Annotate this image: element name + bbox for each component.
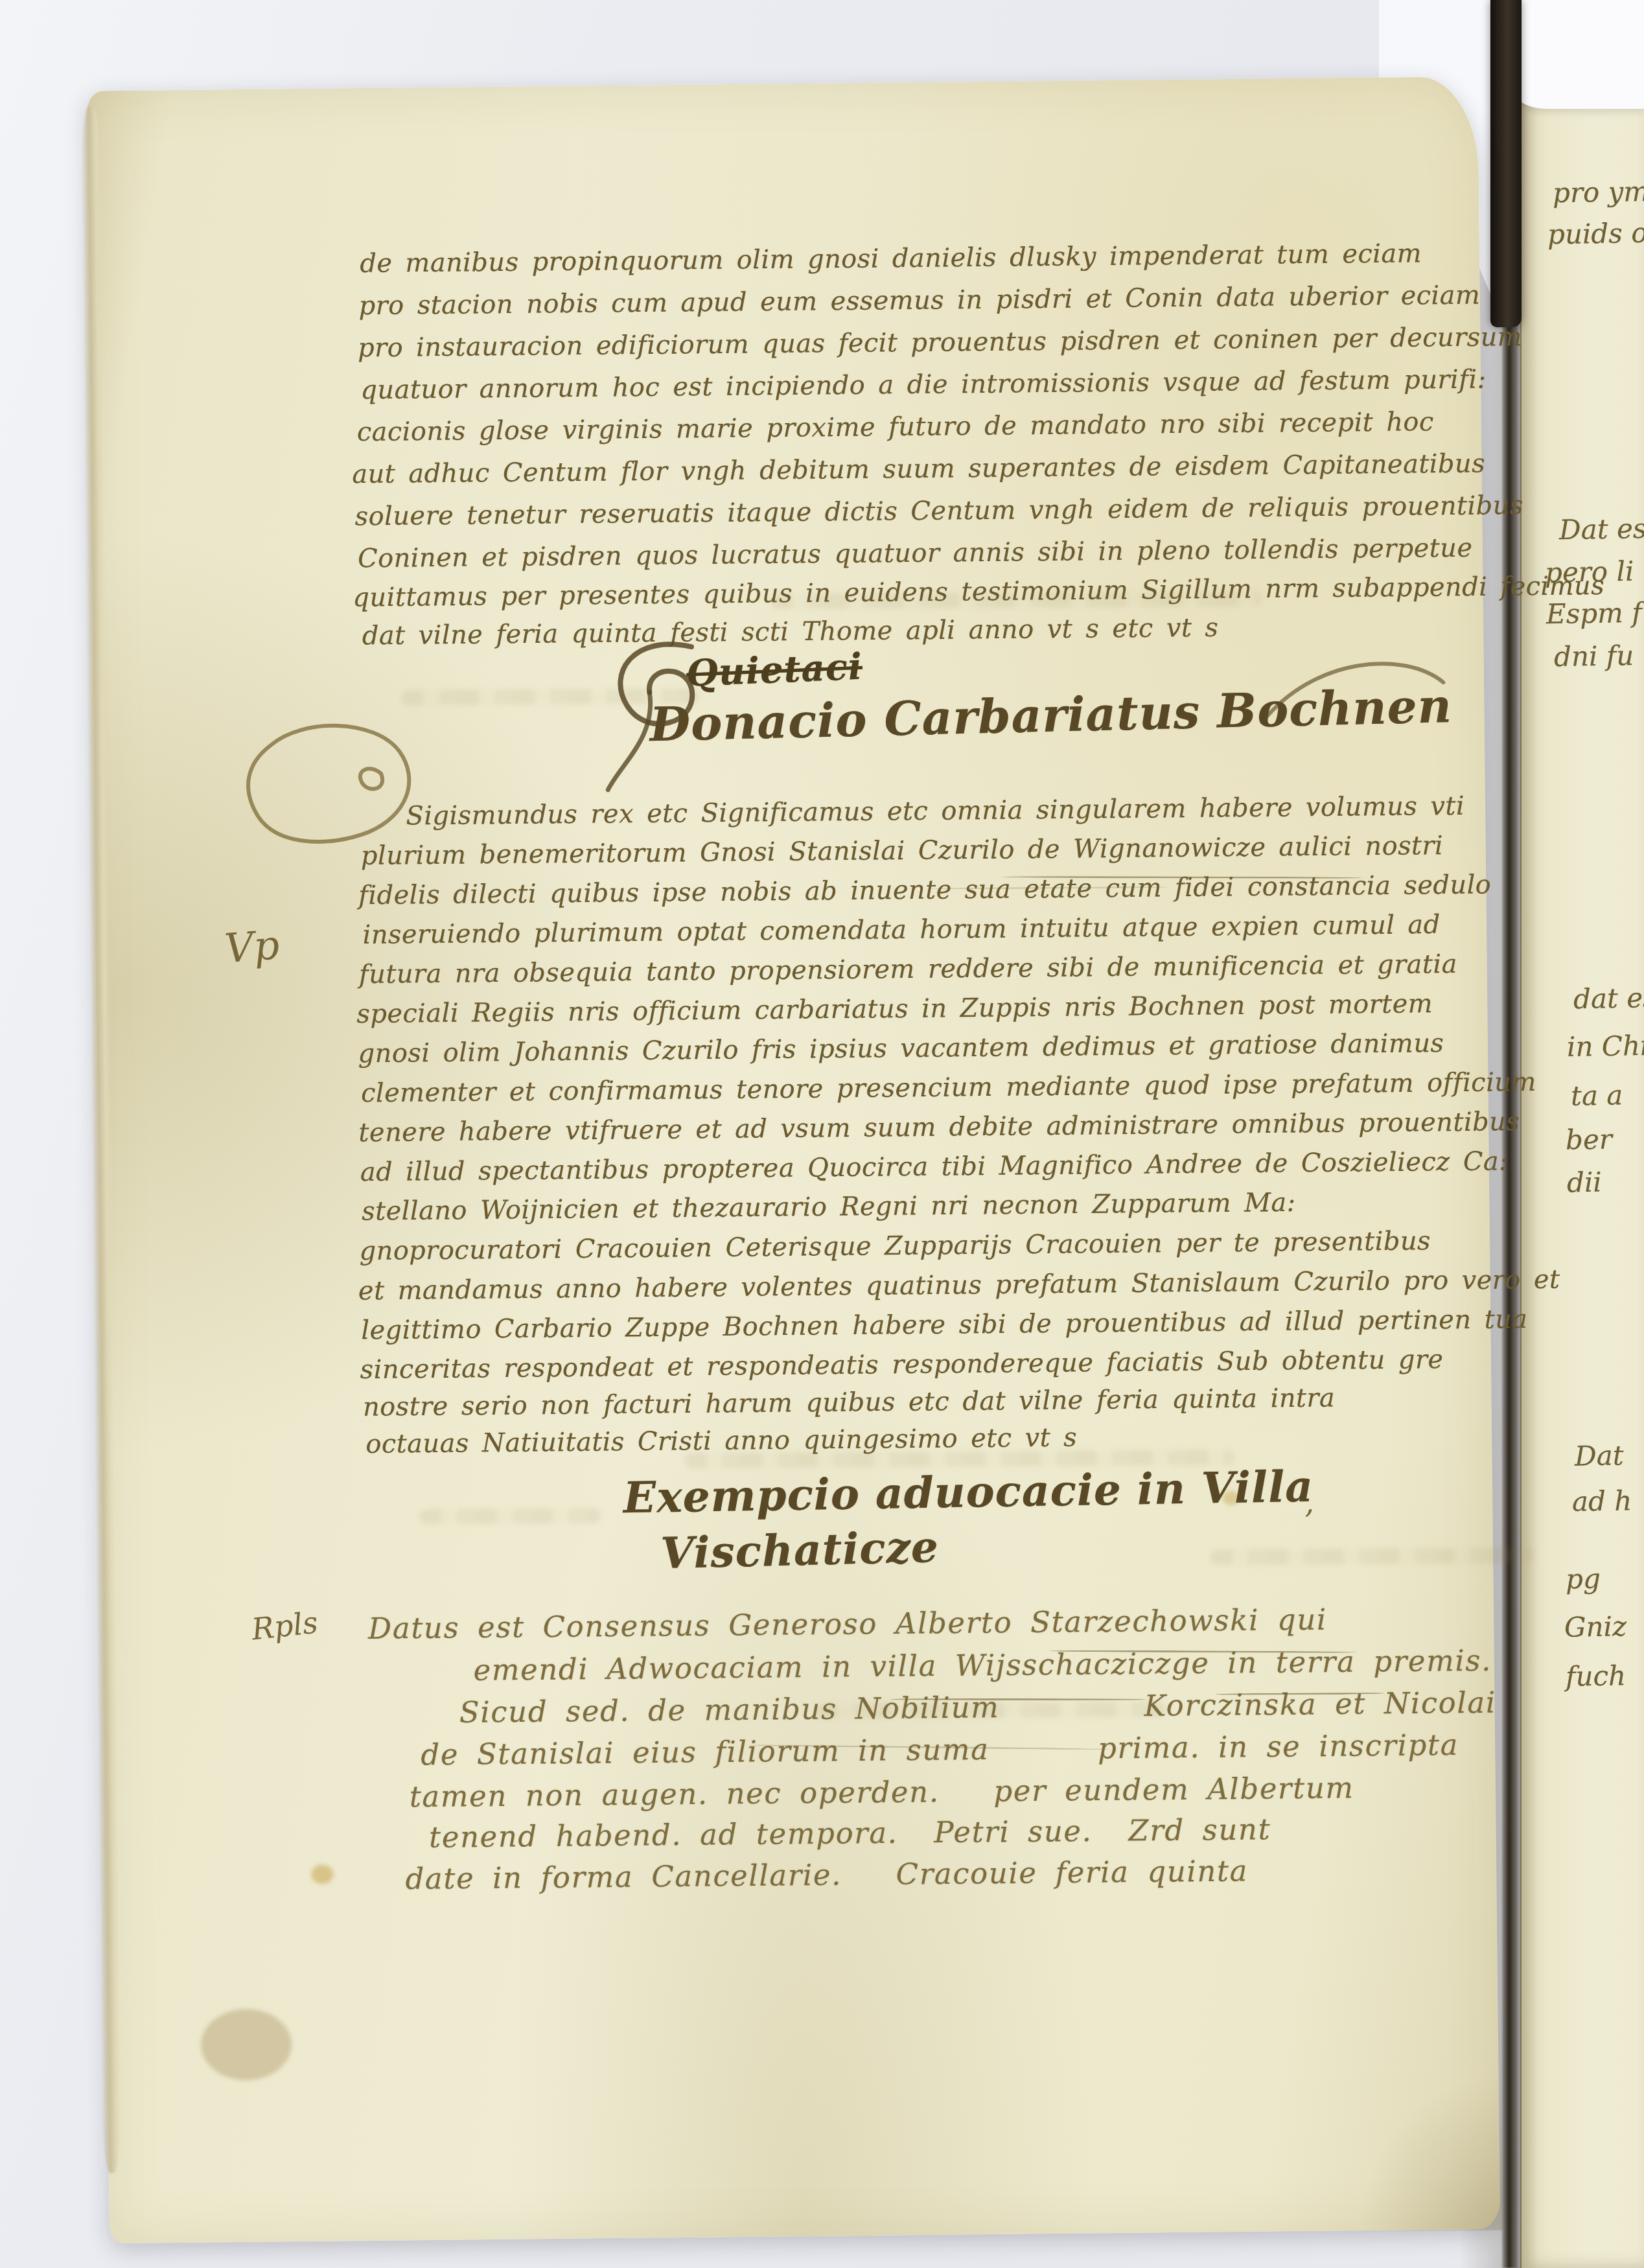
heading-exempcio-line2: Vischaticze	[660, 1522, 940, 1579]
manuscript-line: tenere habere vtifruere et ad vsum suum …	[358, 1107, 1520, 1148]
fragment-line: dii	[1567, 1166, 1603, 1199]
binding-rod	[1490, 0, 1522, 327]
fragment-line: in Chi	[1567, 1030, 1644, 1063]
heading-struck-quietaci: Quietaci	[686, 645, 863, 695]
paragraph-1: de manibus propinquorum olim gnosi danie…	[92, 80, 1483, 88]
fragment-line: ad h	[1572, 1485, 1632, 1518]
stain-smudge	[201, 2009, 292, 2081]
show-through-ghost-line	[419, 1508, 601, 1525]
manuscript-line: cacionis glose virginis marie proxime fu…	[357, 407, 1434, 447]
manuscript-scan: pro ym puids o Dat est pero li Espm f dn…	[0, 0, 1644, 2268]
fragment-line: ber	[1566, 1123, 1613, 1155]
manuscript-line: quatuor annorum hoc est incipiendo a die…	[360, 365, 1486, 406]
manuscript-line: tamen non augen. nec operden. per eundem…	[409, 1770, 1354, 1814]
manuscript-line: de Stanislai eius filiorum in suma prima…	[421, 1728, 1459, 1772]
manuscript-line: legittimo Carbario Zuppe Bochnen habere …	[361, 1304, 1528, 1345]
fragment-line: dat est	[1573, 982, 1644, 1015]
fragment-line: pro ym	[1553, 176, 1644, 209]
manuscript-line: stellano Woijnicien et thezaurario Regni…	[362, 1188, 1296, 1227]
manuscript-line: ad illud spectantibus propterea Quocirca…	[360, 1146, 1509, 1187]
manuscript-line: plurium benemeritorum Gnosi Stanislai Cz…	[361, 831, 1444, 871]
manuscript-line: gnosi olim Johannis Czurilo fris ipsius …	[358, 1028, 1444, 1069]
fragment-line: Gniz	[1564, 1610, 1627, 1643]
interleaf-sheet	[1515, 0, 1644, 109]
paragraph-2: Sigismundus rex etc Significamus etc omn…	[92, 80, 1483, 88]
heading-exempcio-line1: Exempcio aduocacie in Villa	[623, 1461, 1314, 1523]
fragment-line: Espm f	[1546, 597, 1643, 631]
manuscript-line: emendi Adwocaciam in villa Wijsschaczicz…	[473, 1643, 1492, 1687]
manuscript-line: quittamus per presentes quibus in euiden…	[353, 571, 1604, 613]
manuscript-line: et mandamus anno habere volentes quatinu…	[358, 1265, 1560, 1306]
fragment-line: fuch	[1566, 1660, 1627, 1693]
fragment-line: puids o	[1547, 217, 1644, 251]
manuscript-line: Datus est Consensus Generoso Alberto Sta…	[368, 1603, 1327, 1646]
margin-circle	[232, 712, 421, 862]
manuscript-line: Sigismundus rex etc Significamus etc omn…	[406, 791, 1465, 831]
show-through-ghost-line	[1210, 1547, 1534, 1565]
manuscript-line: sinceritas respondeat et respondeatis re…	[360, 1345, 1443, 1385]
manuscript-line: de manibus propinquorum olim gnosi danie…	[360, 238, 1422, 279]
manuscript-line: inseruiendo plurimum optat comendata hor…	[362, 910, 1441, 950]
manuscript-line: fidelis dilecti quibus ipse nobis ab inu…	[358, 870, 1491, 910]
margin-mark-rpls: Rpls	[249, 1604, 319, 1647]
manuscript-line: gnoprocuratori Cracouien Ceterisque Zupp…	[359, 1226, 1431, 1266]
manuscript-line: speciali Regiis nris officium carbariatu…	[356, 989, 1433, 1029]
manuscript-page: de manibus propinquorum olim gnosi danie…	[87, 76, 1500, 2243]
manuscript-line: clementer et confirmamus tenore presenci…	[361, 1067, 1536, 1108]
manuscript-line: nostre serio non facturi harum quibus et…	[363, 1383, 1336, 1422]
fragment-line: dni fu	[1554, 640, 1634, 673]
fragment-line: Dat est	[1559, 513, 1644, 546]
margin-mark-vp: Vp	[223, 921, 281, 972]
manuscript-line: Sicud sed. de manibus Nobilium Korczinsk…	[459, 1685, 1496, 1730]
paragraph-3: Datus est Consensus Generoso Alberto Sta…	[92, 80, 1483, 88]
fragment-line: Dat	[1575, 1439, 1624, 1472]
manuscript-line: pro instauracion edificiorum quas fecit …	[358, 322, 1522, 363]
manuscript-line: date in forma Cancellarie. Cracouie feri…	[405, 1854, 1248, 1896]
apostrophe-tick: ’	[1304, 1503, 1314, 1540]
manuscript-line: tenend habend. ad tempora. Petri sue. Zr…	[429, 1812, 1271, 1854]
manuscript-line: soluere tenetur reseruatis itaque dictis…	[354, 491, 1523, 531]
fragment-line: ta a	[1571, 1079, 1623, 1111]
ink-stain	[311, 1864, 333, 1884]
fragment-line: pg	[1566, 1563, 1601, 1595]
manuscript-line: aut adhuc Centum flor vngh debitum suum …	[352, 449, 1485, 490]
manuscript-line: Coninen et pisdren quos lucratus quatuor…	[358, 533, 1473, 574]
manuscript-line: pro stacion nobis cum apud eum essemus i…	[358, 281, 1480, 321]
manuscript-line: futura nra obsequia tanto propensiorem r…	[359, 949, 1457, 989]
